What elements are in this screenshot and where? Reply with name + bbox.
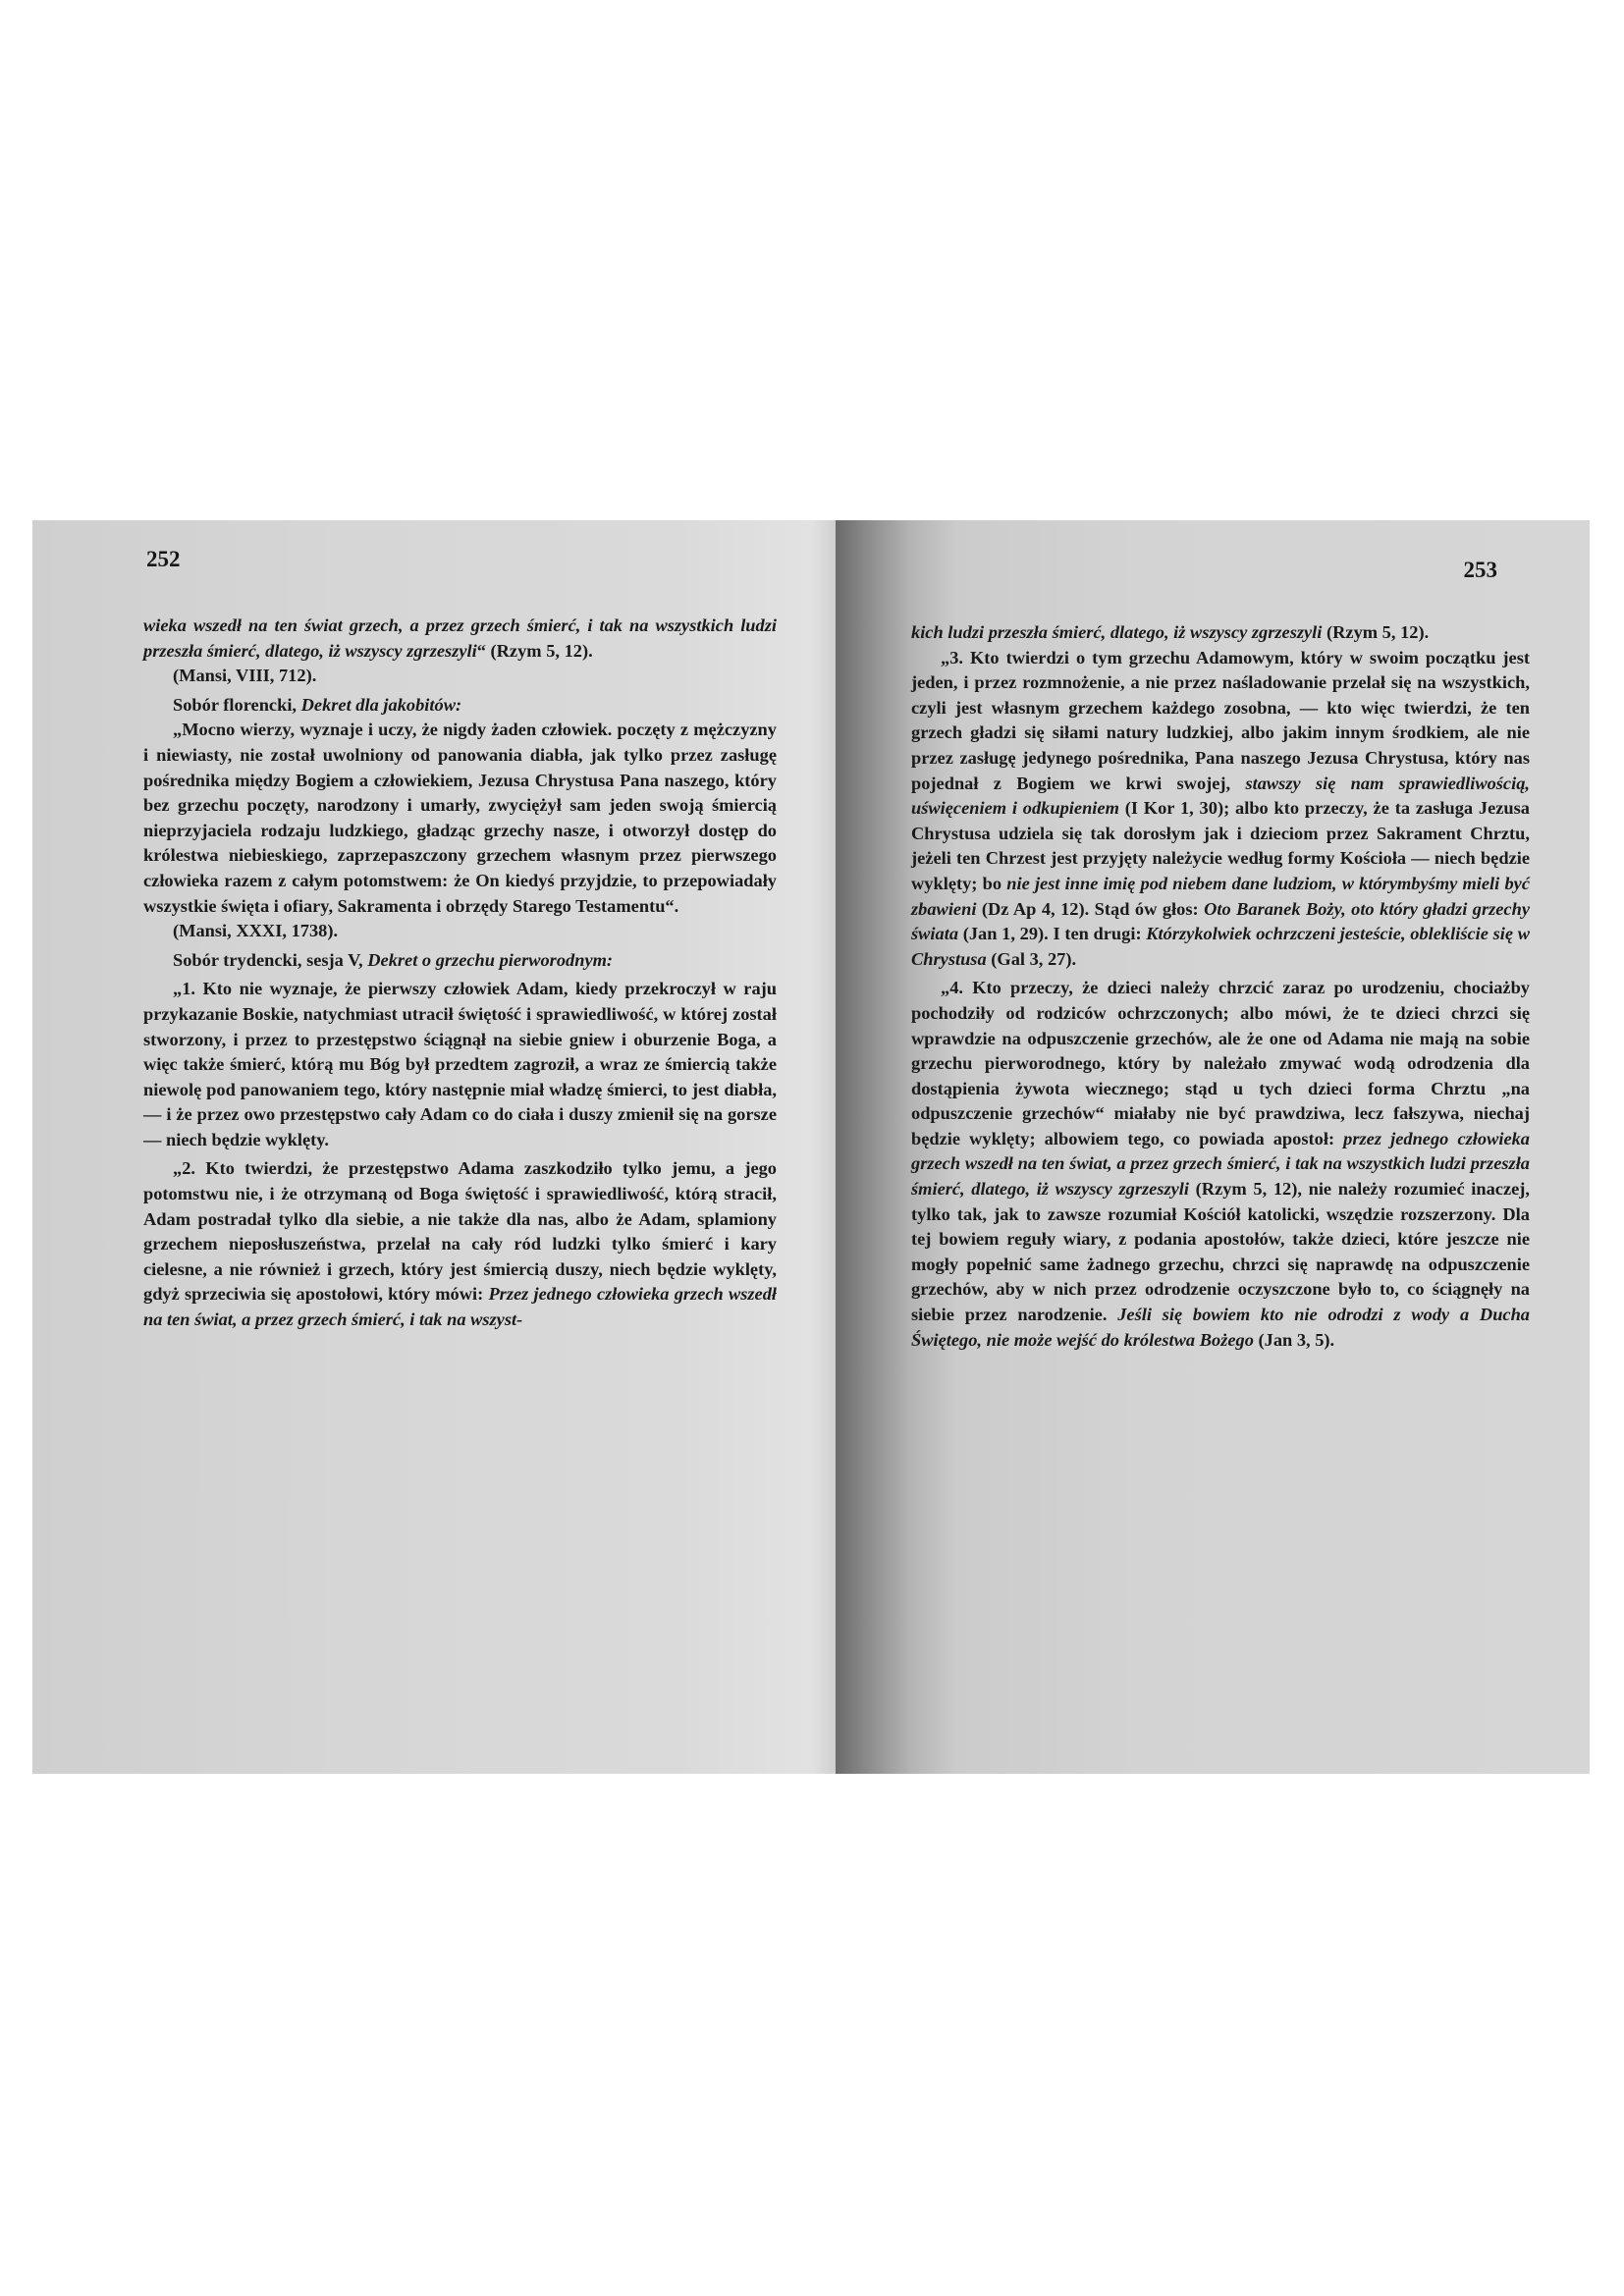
text-run: „3. Kto twierdzi o tym grzechu Adamowym,… <box>911 648 1530 793</box>
text-run: „1. Kto nie wyznaje, że pierwszy człowie… <box>143 979 777 1149</box>
italic-quote: wieka wszedł na ten świat grzech, a prze… <box>143 615 777 661</box>
text-run: (Mansi, XXXI, 1738). <box>173 921 338 940</box>
text-run: „2. Kto twierdzi, że przestępstwo Adama … <box>143 1158 777 1304</box>
page-number-left: 252 <box>146 547 181 572</box>
left-page-body: wieka wszedł na ten świat grzech, a prze… <box>143 614 777 1333</box>
book-scan-spread: 252 wieka wszedł na ten świat grzech, a … <box>32 520 1590 1774</box>
paragraph: „1. Kto nie wyznaje, że pierwszy człowie… <box>143 977 777 1152</box>
left-page: 252 wieka wszedł na ten świat grzech, a … <box>32 520 836 1774</box>
paragraph: kich ludzi przeszła śmierć, dlatego, iż … <box>911 620 1530 646</box>
paragraph: „2. Kto twierdzi, że przestępstwo Adama … <box>143 1156 777 1332</box>
text-run: Sobór trydencki, sesja V, <box>173 950 367 970</box>
text-run: (Dz Ap 4, 12). Stąd ów głos: <box>976 899 1204 919</box>
text-run: (Jan 3, 5). <box>1254 1330 1334 1350</box>
paragraph: Sobór florencki, Dekret dla jakobitów: <box>143 693 777 719</box>
paragraph: Sobór trydencki, sesja V, Dekret o grzec… <box>143 948 777 974</box>
text-run: “ (Rzym 5, 12). <box>477 641 593 661</box>
text-run: (Rzym 5, 12). <box>1322 622 1429 642</box>
italic-quote: Dekret dla jakobitów: <box>301 695 461 715</box>
italic-quote: kich ludzi przeszła śmierć, dlatego, iż … <box>911 622 1322 642</box>
text-run: Sobór florencki, <box>173 695 301 715</box>
italic-quote: Dekret o grzechu pierworodnym: <box>367 950 613 970</box>
right-page-body: kich ludzi przeszła śmierć, dlatego, iż … <box>911 620 1530 1353</box>
page-number-right: 253 <box>1464 558 1498 583</box>
right-page: 253 kich ludzi przeszła śmierć, dlatego,… <box>836 520 1590 1774</box>
text-run: (Gal 3, 27). <box>987 949 1076 969</box>
paragraph: wieka wszedł na ten świat grzech, a prze… <box>143 614 777 664</box>
text-run: „Mocno wierzy, wyznaje i uczy, że nigdy … <box>143 720 777 915</box>
paragraph: (Mansi, VIII, 712). <box>143 664 777 689</box>
text-run: (Mansi, VIII, 712). <box>173 666 316 685</box>
paragraph: „Mocno wierzy, wyznaje i uczy, że nigdy … <box>143 718 777 919</box>
text-run: „4. Kto przeczy, że dzieci należy chrzci… <box>911 978 1530 1148</box>
paragraph: (Mansi, XXXI, 1738). <box>143 919 777 944</box>
paragraph: „4. Kto przeczy, że dzieci należy chrzci… <box>911 976 1530 1353</box>
text-run: (Jan 1, 29). I ten drugi: <box>958 924 1146 943</box>
text-run: (Rzym 5, 12), nie należy rozumieć inacze… <box>911 1179 1530 1324</box>
paragraph: „3. Kto twierdzi o tym grzechu Adamowym,… <box>911 646 1530 973</box>
